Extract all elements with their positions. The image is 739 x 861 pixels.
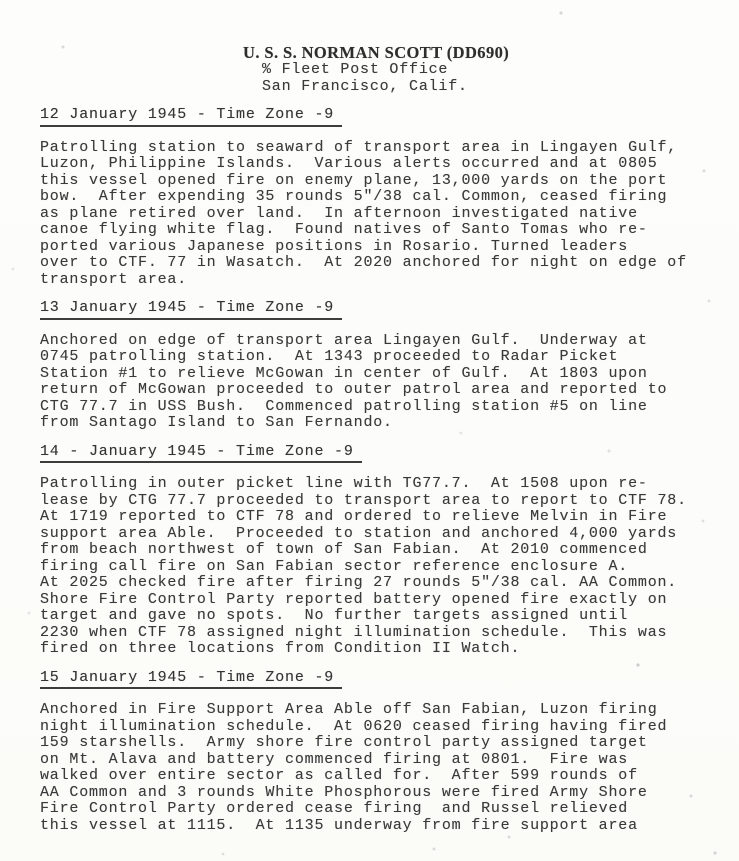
masthead: U. S. S. NORMAN SCOTT (DD690) % Fleet Po…	[243, 44, 705, 95]
entry-heading-12-january: 12 January 1945 - Time Zone -9	[40, 107, 342, 127]
entry-heading-15-january: 15 January 1945 - Time Zone -9	[40, 670, 342, 690]
log-entry-14-january: 14 - January 1945 - Time Zone -9 Patroll…	[40, 432, 705, 658]
log-entry-12-january: 12 January 1945 - Time Zone -9 Patrollin…	[40, 95, 705, 288]
war-diary-page: U. S. S. NORMAN SCOTT (DD690) % Fleet Po…	[0, 0, 739, 861]
ship-name: U. S. S. NORMAN SCOTT (DD690)	[243, 44, 705, 61]
entry-heading-13-january: 13 January 1945 - Time Zone -9	[40, 300, 342, 320]
entry-body-13-january: Anchored on edge of transport area Linga…	[40, 333, 705, 432]
entry-body-15-january: Anchored in Fire Support Area Able off S…	[40, 702, 705, 834]
log-entry-13-january: 13 January 1945 - Time Zone -9 Anchored …	[40, 288, 705, 432]
entry-heading-14-january: 14 - January 1945 - Time Zone -9	[40, 444, 362, 464]
entry-body-14-january: Patrolling in outer picket line with TG7…	[40, 476, 705, 658]
masthead-address-line1: % Fleet Post Office	[262, 61, 705, 78]
log-entry-15-january: 15 January 1945 - Time Zone -9 Anchored …	[40, 658, 705, 835]
scan-speckles	[0, 0, 2, 2]
masthead-address-line2: San Francisco, Calif.	[262, 78, 705, 95]
entry-body-12-january: Patrolling station to seaward of transpo…	[40, 140, 705, 289]
